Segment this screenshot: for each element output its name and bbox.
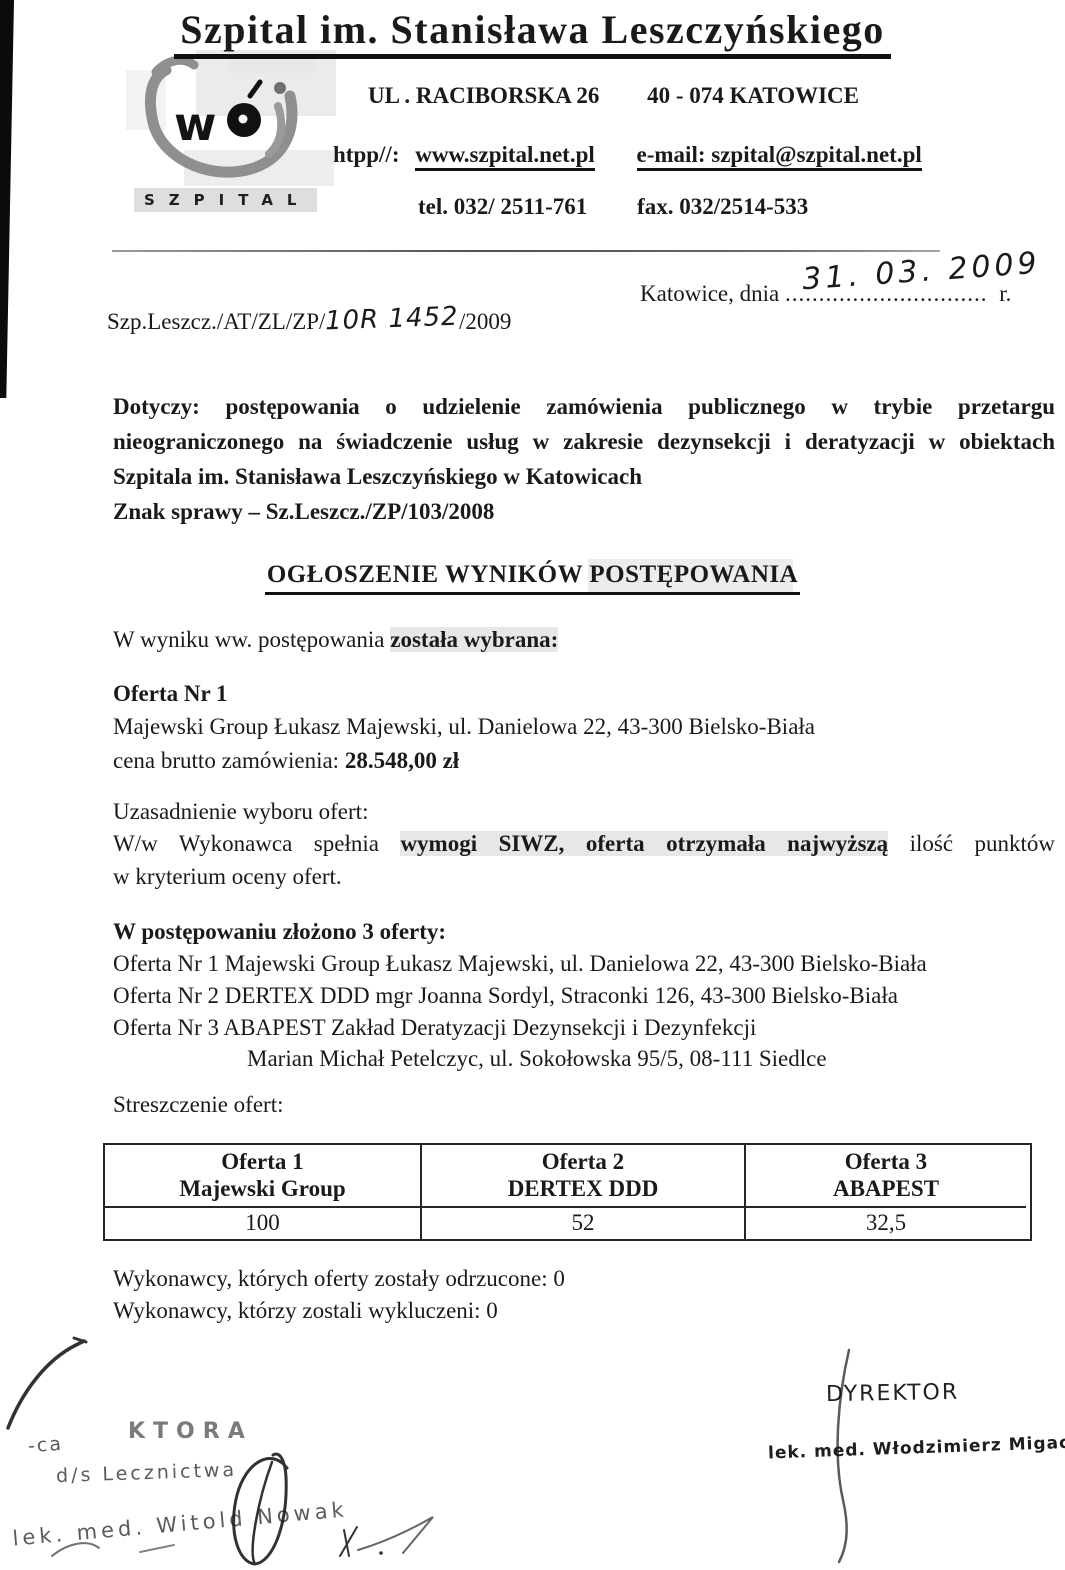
winner-price-line: cena brutto zamówienia: 28.548,00 zł bbox=[113, 748, 459, 774]
director-stamp-name: lek. med. Włodzimierz Migacz bbox=[768, 1433, 1065, 1464]
offer-column-subtitle: ABAPEST bbox=[746, 1175, 1026, 1202]
web-label: htpp//: bbox=[333, 142, 399, 167]
offer-item-continuation: Marian Michał Petelczyc, ul. Sokołowska … bbox=[247, 1046, 827, 1072]
case-number-line: Znak sprawy – Sz.Leszcz./ZP/103/2008 bbox=[113, 494, 1055, 529]
subject-paragraph: Dotyczy: postępowania o udzielenie zamów… bbox=[113, 389, 1055, 529]
intro-highlight: została wybrana: bbox=[390, 627, 558, 652]
score-cell: 52 bbox=[422, 1208, 746, 1239]
table-header-cell: Oferta 3 ABAPEST bbox=[746, 1145, 1026, 1208]
address-postal-city: 40 - 074 KATOWICE bbox=[647, 83, 859, 108]
phone-number: tel. 032/ 2511-761 bbox=[418, 194, 587, 219]
offer-column-title: Oferta 1 bbox=[105, 1148, 420, 1175]
svg-text:w: w bbox=[174, 97, 217, 151]
score-cell: 100 bbox=[105, 1208, 422, 1239]
score-cell: 32,5 bbox=[746, 1208, 1026, 1239]
reference-handwritten: 10R 1452 bbox=[325, 302, 460, 337]
justification-line1: W/w Wykonawca spełnia wymogi SIWZ, ofert… bbox=[113, 831, 1055, 857]
table-header-cell: Oferta 2 DERTEX DDD bbox=[422, 1145, 746, 1208]
offer-item: Oferta Nr 2 DERTEX DDD mgr Joanna Sordyl… bbox=[113, 983, 898, 1009]
justification-text: ilość punktów bbox=[910, 831, 1055, 856]
summary-label: Streszczenie ofert: bbox=[113, 1092, 284, 1118]
left-stamp-fragment: KTORA bbox=[128, 1419, 253, 1444]
justification-text: W/w Wykonawca spełnia bbox=[113, 831, 379, 856]
subject-line: nieograniczonego na świadczenie usług w … bbox=[113, 424, 1055, 459]
website-link: www.szpital.net.pl bbox=[415, 142, 595, 171]
excluded-contractors-line: Wykonawcy, którzy zostali wykluczeni: 0 bbox=[113, 1298, 498, 1324]
hospital-logo-mark: w bbox=[126, 50, 336, 186]
announcement-heading-text: OGŁOSZENIE WYNIKÓW POSTĘPOWANIA bbox=[265, 561, 800, 595]
rejected-offers-line: Wykonawcy, których oferty zostały odrzuc… bbox=[113, 1266, 565, 1292]
director-stamp-title: DYREKTOR bbox=[826, 1380, 960, 1407]
reference-number: Szp.Leszcz./AT/ZL/ZP/10R 1452/2009 bbox=[107, 306, 511, 336]
scanned-document-page: Szpital im. Stanisława Leszczyńskiego w … bbox=[0, 0, 1065, 1570]
scanner-edge-artifact bbox=[0, 0, 14, 398]
document-title: Szpital im. Stanisława Leszczyńskiego bbox=[0, 6, 1065, 59]
left-stamp-fragment: -ca bbox=[27, 1433, 63, 1457]
left-stamp-department: d/s Lecznictwa bbox=[56, 1459, 238, 1487]
score-table: Oferta 1 Majewski Group Oferta 2 DERTEX … bbox=[103, 1143, 1032, 1241]
winner-details: Majewski Group Łukasz Majewski, ul. Dani… bbox=[113, 714, 815, 740]
address-line: UL . RACIBORSKA 26 40 - 074 KATOWICE bbox=[368, 83, 859, 109]
logo-caption: SZPITAL bbox=[134, 188, 317, 212]
subject-line: Szpitala im. Stanisława Leszczyńskiego w… bbox=[113, 459, 1055, 494]
offer-column-title: Oferta 2 bbox=[422, 1148, 744, 1175]
price-label: cena brutto zamówienia: bbox=[113, 748, 339, 773]
reference-typed-suffix: /2009 bbox=[459, 309, 511, 334]
address-street: UL . RACIBORSKA 26 bbox=[368, 83, 599, 108]
subject-line: Dotyczy: postępowania o udzielenie zamów… bbox=[113, 389, 1055, 424]
hospital-logo: w SZPITAL bbox=[126, 50, 336, 218]
header-separator-line bbox=[112, 250, 940, 252]
offer-item: Oferta Nr 1 Majewski Group Łukasz Majews… bbox=[113, 951, 927, 977]
offers-heading: W postępowaniu złożono 3 oferty: bbox=[113, 919, 446, 945]
announcement-intro: W wyniku ww. postępowania została wybran… bbox=[113, 627, 558, 653]
offer-column-title: Oferta 3 bbox=[746, 1148, 1026, 1175]
dateline-suffix: r. bbox=[999, 281, 1011, 306]
signature-strokes bbox=[0, 0, 1065, 1570]
announcement-heading: OGŁOSZENIE WYNIKÓW POSTĘPOWANIA bbox=[0, 561, 1065, 595]
justification-bold-text: wymogi SIWZ, oferta otrzymała najwyższą bbox=[400, 831, 888, 856]
dateline-label: Katowice, dnia bbox=[640, 281, 779, 306]
price-value: 28.548,00 zł bbox=[345, 748, 459, 773]
winner-label: Oferta Nr 1 bbox=[113, 681, 228, 707]
justification-heading: Uzasadnienie wyboru ofert: bbox=[113, 799, 368, 825]
left-stamp-name: lek. med. Witold Nowak bbox=[12, 1497, 349, 1550]
email-link: e-mail: szpital@szpital.net.pl bbox=[637, 142, 922, 171]
offer-column-subtitle: DERTEX DDD bbox=[422, 1175, 744, 1202]
reference-typed-prefix: Szp.Leszcz./AT/ZL/ZP/ bbox=[107, 309, 325, 334]
phone-fax-line: tel. 032/ 2511-761 fax. 032/2514-533 bbox=[418, 194, 808, 220]
web-email-line: htpp//: www.szpital.net.pl e-mail: szpit… bbox=[333, 142, 922, 168]
score-table-value-row: 100 52 32,5 bbox=[105, 1208, 1030, 1239]
score-table-header-row: Oferta 1 Majewski Group Oferta 2 DERTEX … bbox=[105, 1145, 1030, 1208]
document-title-text: Szpital im. Stanisława Leszczyńskiego bbox=[174, 6, 890, 59]
justification-line2: w kryterium oceny ofert. bbox=[113, 864, 342, 890]
intro-plain: W wyniku ww. postępowania bbox=[113, 627, 385, 652]
table-header-cell: Oferta 1 Majewski Group bbox=[105, 1145, 422, 1208]
offer-item: Oferta Nr 3 ABAPEST Zakład Deratyzacji D… bbox=[113, 1015, 756, 1041]
offer-column-subtitle: Majewski Group bbox=[105, 1175, 420, 1202]
fax-number: fax. 032/2514-533 bbox=[637, 194, 808, 219]
